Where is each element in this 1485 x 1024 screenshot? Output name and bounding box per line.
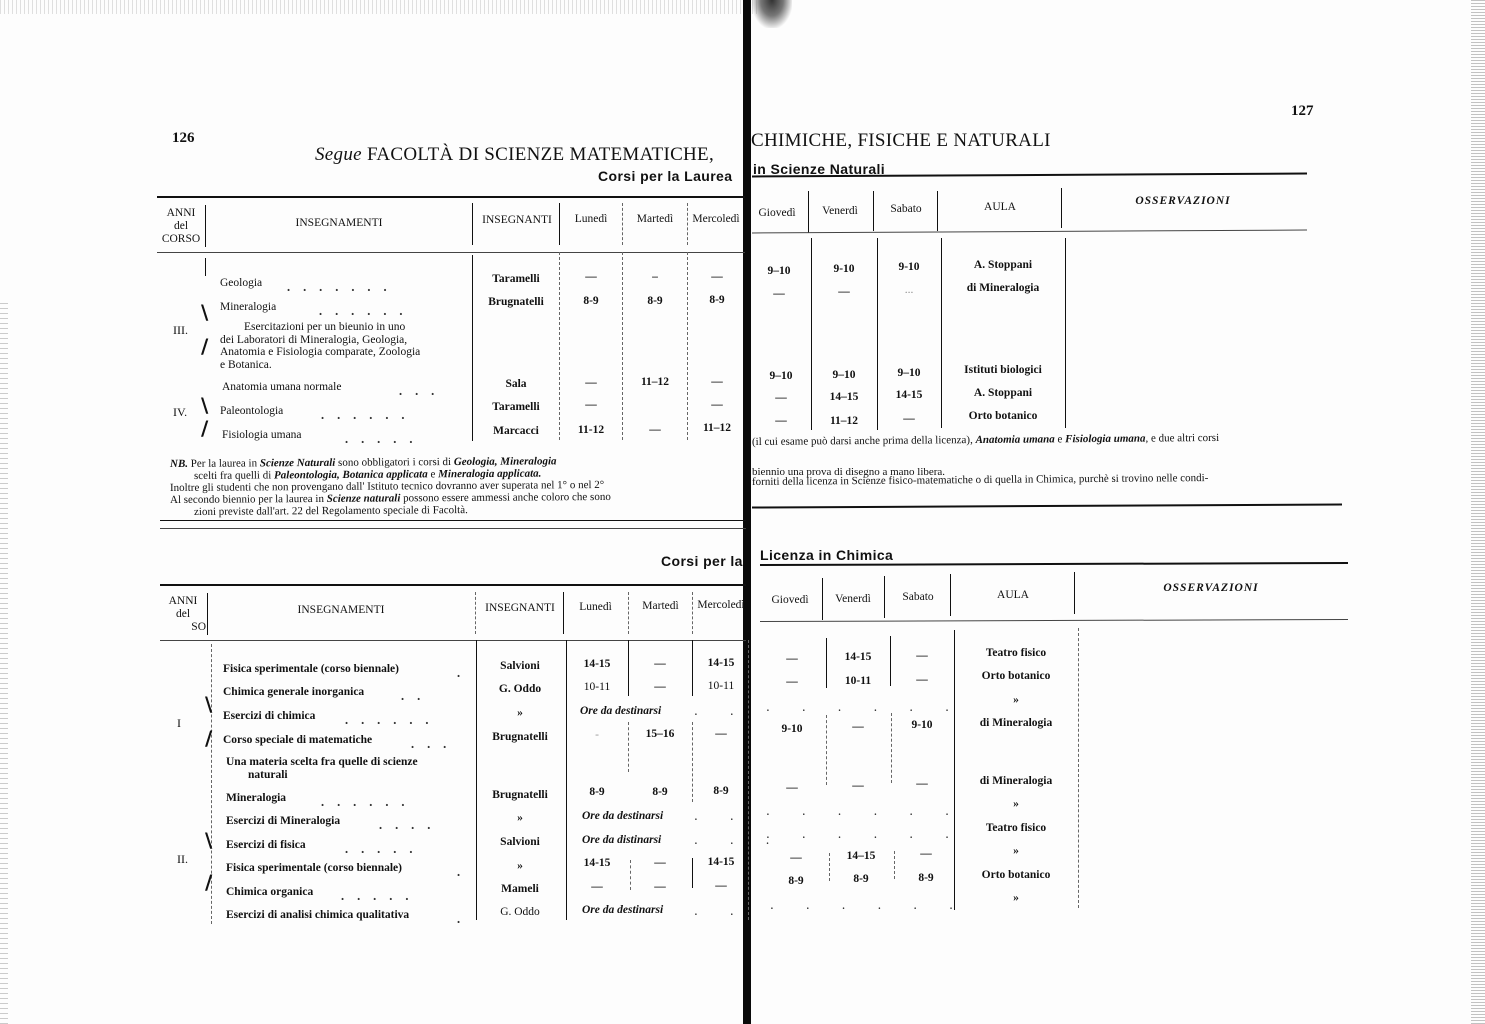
- brace-bottom: /: [201, 336, 208, 356]
- schedule-mercoledi: —: [693, 880, 749, 893]
- teacher-name: Brugnatelli: [477, 731, 563, 744]
- schedule-venerdi: 9–10: [812, 369, 876, 382]
- dot-leader: .: [456, 861, 472, 880]
- col-header-martedi: Martedì: [629, 600, 692, 613]
- teacher-name: »: [477, 707, 563, 720]
- schedule-giovedi: —: [760, 782, 824, 795]
- col-header-giovedi: Giovedì: [760, 594, 820, 607]
- note-line-5: zioni previste dall'art. 22 del Regolame…: [194, 504, 468, 518]
- schedule-lunedi: 8-9: [560, 295, 622, 308]
- section2-top-rule-left: [160, 584, 746, 586]
- schedule-sabato: 14-15: [878, 389, 940, 402]
- schedule-martedi: —: [629, 681, 691, 694]
- teacher-name: Salvioni: [477, 660, 563, 673]
- col-header-mercoledi: Mercoledì: [688, 213, 744, 226]
- divider: [894, 851, 895, 879]
- course-name: Fisica sperimentale (corso biennale): [226, 862, 402, 875]
- teacher-name: Salvioni: [477, 836, 563, 849]
- schedule-martedi: 15–16: [629, 728, 691, 741]
- course-name: Esercizi di Mineralogia: [226, 815, 340, 828]
- schedule-martedi: 11–12: [623, 376, 687, 389]
- schedule-mercoledi: 8-9: [693, 785, 749, 798]
- schedule-martedi: –: [623, 271, 687, 284]
- schedule-mercoledi: 14-15: [693, 856, 749, 869]
- course-name: Anatomia umana normale: [222, 381, 341, 394]
- schedule-sabato: 9–10: [878, 367, 940, 380]
- divider: [884, 576, 885, 618]
- note-text: Per la laurea in: [188, 457, 260, 470]
- divider: [822, 578, 823, 620]
- schedule-martedi: —: [629, 658, 691, 671]
- course-line: dei Laboratori di Mineralogia, Geologia,: [220, 334, 460, 347]
- schedule-sabato: 8-9: [896, 872, 956, 885]
- schedule-sabato: 9-10: [892, 719, 952, 732]
- dot-leader: .....: [340, 885, 420, 904]
- dot-leader: .: [456, 662, 472, 681]
- header-bottom-rule-right: [752, 230, 1307, 234]
- classroom: di Mineralogia: [956, 775, 1076, 788]
- dot-leader: .......: [286, 276, 399, 295]
- note-text: scelti fra quelli di: [194, 469, 274, 482]
- schedule-sabato: —: [878, 413, 940, 426]
- schedule-lunedi: —: [567, 881, 627, 894]
- course-name: Mineralogia: [226, 792, 286, 805]
- header-line: ANNI: [158, 207, 204, 220]
- section2-heading-left: Corsi per la: [661, 553, 743, 569]
- col-header-osservazioni: OSSERVAZIONI: [1076, 582, 1346, 595]
- schedule-venerdi: —: [828, 721, 888, 734]
- section1-heading-left: Corsi per la Laurea: [598, 168, 732, 184]
- dot-leader: ......: [318, 300, 415, 319]
- course-name: Fisiologia umana: [222, 429, 302, 442]
- dot-leader: ..: [694, 904, 766, 918]
- col-header-venerdi: Venerdì: [810, 205, 870, 218]
- note-line-1-right: (il cui esame può darsi anche prima dell…: [752, 431, 1352, 449]
- divider: [628, 592, 629, 634]
- schedule-lunedi: —: [560, 399, 622, 412]
- course-line: e Botanica.: [220, 359, 460, 372]
- course-line: Una materia scelta fra quelle di scienze: [226, 756, 418, 769]
- schedule-martedi: —: [629, 881, 691, 894]
- header-bottom-rule-right: [760, 619, 1348, 622]
- divider: [205, 258, 206, 276]
- schedule-giovedi: 8-9: [764, 875, 828, 888]
- teacher-name: Brugnatelli: [474, 296, 558, 309]
- schedule-span: Ore da destinarsi: [582, 904, 663, 917]
- teacher-name: Marcacci: [474, 425, 558, 438]
- note-emphasis: Anatomia umana: [976, 433, 1055, 446]
- schedule-giovedi: —: [752, 392, 810, 405]
- classroom: »: [956, 798, 1076, 811]
- course-line: Anatomia e Fisiologia comparate, Zoologi…: [220, 346, 460, 359]
- schedule-sabato: —: [892, 650, 952, 663]
- teacher-name: Mameli: [477, 883, 563, 896]
- schedule-mercoledi: —: [693, 728, 749, 741]
- col-header-anni: ANNI del SO: [160, 595, 206, 634]
- schedule-giovedi: 9–10: [752, 265, 806, 278]
- page-number-left: 126: [172, 130, 195, 147]
- year-label-iv: IV.: [173, 405, 187, 420]
- divider: [472, 203, 473, 245]
- schedule-mercoledi: 11–12: [688, 422, 746, 435]
- divider: [1065, 238, 1066, 428]
- scan-noise-left: [0, 300, 8, 1024]
- schedule-span: Ore da destinarsi: [582, 810, 663, 823]
- dot-leader: ...: [398, 380, 446, 399]
- divider: [472, 255, 473, 441]
- col-header-sabato: Sabato: [875, 203, 937, 216]
- note-text: possono essere ammessi anche coloro che …: [400, 491, 611, 504]
- divider: [937, 191, 938, 231]
- col-header-aula: AULA: [952, 589, 1074, 602]
- schedule-giovedi: 9–10: [752, 370, 810, 383]
- schedule-martedi: —: [623, 424, 687, 437]
- brace-top: \: [205, 694, 212, 714]
- divider: [808, 191, 809, 233]
- scan-smudge: [752, 0, 792, 28]
- note-emphasis: Mineralogia applicata.: [438, 468, 541, 481]
- dot-leader: ......: [766, 700, 981, 714]
- col-header-venerdi: Venerdì: [824, 593, 882, 606]
- note-text: e: [1055, 433, 1065, 445]
- dot-leader: .....: [344, 428, 424, 447]
- schedule-sabato: ...: [878, 284, 940, 297]
- course-name: Esercizi di analisi chimica qualitativa: [226, 909, 409, 922]
- course-name: Chimica generale inorganica: [223, 686, 364, 699]
- header-line: del: [158, 220, 204, 233]
- course-line: Esercitazioni per un bieunio in uno: [220, 321, 460, 334]
- divider: [476, 640, 477, 920]
- section1-bottom-rule-left: [160, 520, 746, 521]
- course-line: naturali: [226, 769, 418, 782]
- divider: [826, 715, 827, 785]
- section-separator-left: [160, 528, 746, 529]
- schedule-mercoledi: —: [688, 376, 746, 389]
- classroom: A. Stoppani: [942, 387, 1064, 400]
- course-name: Esercizi di fisica: [226, 839, 306, 852]
- schedule-giovedi: —: [764, 852, 828, 865]
- col-header-osservazioni: OSSERVAZIONI: [1063, 195, 1303, 208]
- col-header-lunedi: Lunedì: [564, 601, 627, 614]
- note-text: e: [428, 468, 438, 480]
- classroom: A. Stoppani: [942, 259, 1064, 272]
- dot-leader: ..: [694, 704, 766, 718]
- schedule-span: Ore da destinarsi: [580, 705, 661, 718]
- dot-leader: ......: [320, 404, 417, 423]
- schedule-giovedi: —: [752, 415, 810, 428]
- classroom: Istituti biologici: [942, 364, 1064, 377]
- title-left-text: FACOLTÀ DI SCIENZE MATEMATICHE,: [367, 144, 714, 165]
- teacher-name: Taramelli: [474, 273, 558, 286]
- col-header-insegnanti: INSEGNANTI: [474, 214, 560, 227]
- dot-leader: ....: [378, 814, 442, 833]
- col-header-insegnamenti: INSEGNAMENTI: [206, 217, 472, 230]
- col-header-giovedi: Giovedì: [752, 207, 802, 220]
- col-header-mercoledi: Mercoledì: [692, 599, 750, 612]
- brace-bottom: /: [205, 728, 212, 748]
- year-label-iii: III.: [173, 323, 188, 338]
- brace-top: \: [201, 395, 208, 415]
- classroom: »: [956, 892, 1076, 905]
- schedule-martedi: 8-9: [629, 786, 691, 799]
- classroom: di Mineralogia: [942, 282, 1064, 295]
- book-gutter: [743, 0, 751, 1024]
- teacher-name: Taramelli: [474, 401, 558, 414]
- note-emphasis: Fisiologia umana: [1065, 433, 1145, 446]
- classroom: Orto botanico: [956, 869, 1076, 882]
- dot-leader: ......: [766, 827, 981, 841]
- teacher-name: »: [477, 860, 563, 873]
- schedule-venerdi: —: [828, 780, 888, 793]
- section1-bottom-rule-right: [752, 503, 1342, 508]
- schedule-sabato: —: [896, 848, 956, 861]
- course-name: Chimica organica: [226, 886, 313, 899]
- teacher-name: »: [477, 812, 563, 825]
- schedule-mercoledi: 10-11: [693, 680, 749, 693]
- course-name: Mineralogia: [220, 301, 276, 314]
- note-line-4-right: forniti della licenza in Scienze fisico-…: [752, 472, 1208, 488]
- page-title-left: Segue FACOLTÀ DI SCIENZE MATEMATICHE,: [315, 144, 714, 166]
- dot-leader: ......: [344, 709, 441, 728]
- divider: [1061, 188, 1062, 228]
- note-nb: NB.: [170, 458, 188, 470]
- scan-noise-top: [0, 0, 760, 14]
- dot-leader: ...: [410, 733, 458, 752]
- schedule-lunedi: 11-12: [560, 424, 622, 437]
- divider: [954, 630, 955, 910]
- section1-top-rule-left: [157, 196, 745, 198]
- schedule-venerdi: 14–15: [812, 391, 876, 404]
- schedule-lunedi: —: [560, 271, 622, 284]
- teacher-name: Sala: [474, 378, 558, 391]
- schedule-martedi: 8-9: [623, 295, 687, 308]
- note-emphasis: Geologia, Mineralogia: [454, 455, 557, 468]
- schedule-giovedi: —: [760, 676, 824, 689]
- brace-top: \: [205, 830, 212, 850]
- dot-leader: ......: [770, 898, 985, 912]
- schedule-sabato: —: [892, 778, 952, 791]
- teacher-name: Brugnatelli: [477, 789, 563, 802]
- header-line: CORSO: [158, 233, 204, 246]
- schedule-venerdi: 8-9: [830, 873, 892, 886]
- schedule-venerdi: 9-10: [812, 263, 876, 276]
- schedule-martedi: —: [629, 857, 691, 870]
- schedule-mercoledi: —: [688, 399, 746, 412]
- page-number-right: 127: [1291, 103, 1314, 120]
- page-title-right: CHIMICHE, FISICHE E NATURALI: [751, 130, 1051, 152]
- scan-noise-right: [1471, 0, 1485, 1024]
- divider: [1074, 572, 1075, 614]
- classroom: Teatro fisico: [956, 647, 1076, 660]
- note-emphasis: Scienze Naturali: [260, 457, 336, 470]
- schedule-mercoledi: 14-15: [693, 657, 749, 670]
- schedule-sabato: 9-10: [878, 261, 940, 274]
- classroom: »: [956, 694, 1076, 707]
- schedule-lunedi: 8-9: [567, 786, 627, 799]
- divider: [873, 191, 874, 231]
- schedule-venerdi: 14-15: [828, 651, 888, 664]
- dot-leader: ......: [320, 791, 417, 810]
- col-header-lunedi: Lunedì: [560, 213, 622, 226]
- classroom: Orto botanico: [942, 410, 1064, 423]
- header-line: ANNI: [160, 595, 206, 608]
- course-name: Geologia: [220, 277, 262, 290]
- schedule-lunedi: -: [567, 729, 627, 742]
- note-text: (il cui esame può darsi anche prima dell…: [752, 434, 976, 448]
- schedule-venerdi: 11–12: [812, 415, 876, 428]
- col-header-anni: ANNI del CORSO: [158, 207, 204, 246]
- schedule-lunedi: 14-15: [567, 658, 627, 671]
- header-bottom-rule-left: [160, 640, 746, 641]
- course-name: Paleontologia: [220, 405, 283, 418]
- col-header-sabato: Sabato: [886, 591, 950, 604]
- divider: [890, 636, 891, 686]
- schedule-span: Ore da distinarsi: [582, 834, 661, 847]
- brace-bottom: /: [205, 872, 212, 892]
- brace-bottom: /: [201, 418, 208, 438]
- col-header-insegnamenti: INSEGNAMENTI: [208, 604, 474, 617]
- schedule-giovedi: —: [760, 653, 824, 666]
- header-line: del: [160, 608, 206, 621]
- course-description: Una materia scelta fra quelle di scienze…: [226, 756, 418, 781]
- year-label-i: I: [177, 716, 181, 731]
- dot-leader: .: [456, 908, 472, 927]
- divider: [475, 592, 476, 634]
- year-label-ii: II.: [177, 852, 188, 867]
- teacher-name: G. Oddo: [477, 683, 563, 696]
- classroom: di Mineralogia: [956, 717, 1076, 730]
- course-description: Esercitazioni per un bieunio in uno dei …: [220, 321, 460, 371]
- note-text: sono obbligatori i corsi di: [335, 456, 454, 469]
- teacher-name: G. Oddo: [477, 906, 563, 919]
- schedule-mercoledi: 8-9: [688, 294, 746, 307]
- dot-leader: ..: [694, 809, 766, 823]
- dot-leader: ......: [766, 804, 981, 818]
- schedule-lunedi: 10-11: [567, 681, 627, 694]
- header-line: SO: [160, 621, 206, 634]
- course-name: Fisica sperimentale (corso biennale): [223, 663, 399, 676]
- header-bottom-rule-left: [157, 252, 745, 253]
- schedule-venerdi: 10-11: [828, 675, 888, 688]
- divider: [826, 638, 827, 688]
- col-header-aula: AULA: [939, 201, 1061, 214]
- course-name: Esercizi di chimica: [223, 710, 315, 723]
- dot-leader: .....: [344, 838, 424, 857]
- brace-top: \: [201, 302, 208, 322]
- note-text: , e due altri corsi: [1145, 432, 1219, 445]
- classroom: Orto botanico: [956, 670, 1076, 683]
- divider: [950, 574, 951, 616]
- schedule-venerdi: 14–15: [830, 850, 892, 863]
- title-prefix: Segue: [315, 144, 362, 165]
- col-header-insegnanti: INSEGNANTI: [477, 602, 563, 615]
- col-header-martedi: Martedì: [623, 213, 687, 226]
- schedule-mercoledi: —: [688, 271, 746, 284]
- schedule-lunedi: —: [560, 377, 622, 390]
- schedule-giovedi: 9-10: [760, 723, 824, 736]
- section2-heading-right: Licenza in Chimica: [760, 547, 893, 563]
- note-emphasis: Scienze naturali: [327, 492, 401, 505]
- schedule-sabato: —: [892, 674, 952, 687]
- note-text: Al secondo biennio per la laurea in: [170, 493, 327, 506]
- schedule-lunedi: 14-15: [567, 857, 627, 870]
- divider: [1078, 628, 1079, 908]
- dot-leader: ..: [400, 685, 432, 704]
- classroom: Teatro fisico: [956, 822, 1076, 835]
- classroom: »: [956, 845, 1076, 858]
- schedule-venerdi: —: [812, 286, 876, 299]
- schedule-giovedi: —: [752, 288, 806, 301]
- course-name: Corso speciale di matematiche: [223, 734, 372, 747]
